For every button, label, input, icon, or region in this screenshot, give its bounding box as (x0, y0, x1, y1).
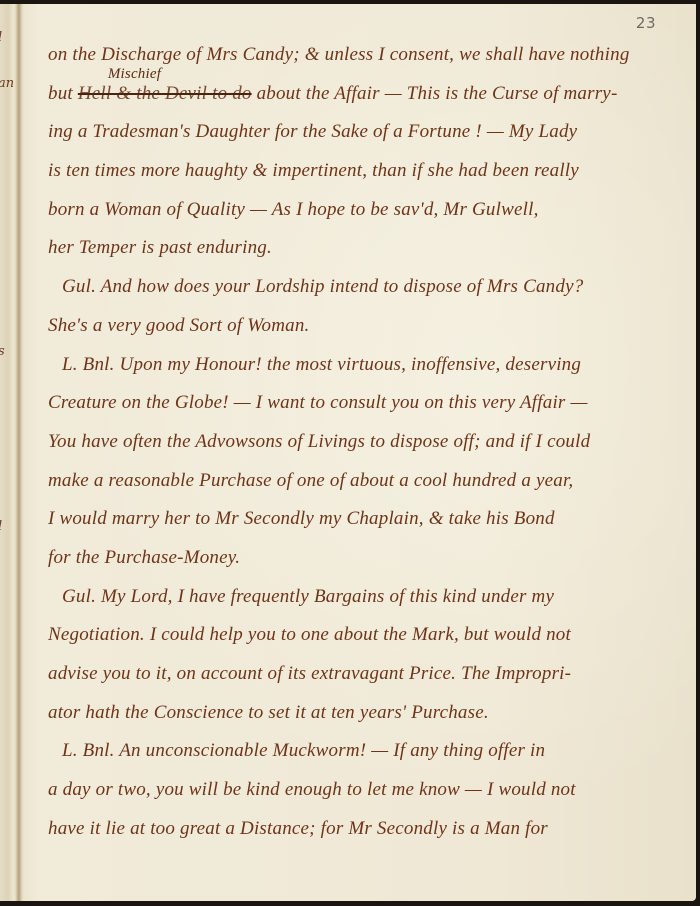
struck-text: Hell & the Devil to do (78, 83, 252, 104)
line-text: Creature on the Globe! — I want to consu… (48, 392, 588, 413)
facing-page-fragment: s (0, 344, 5, 359)
line-text: make a reasonable Purchase of one of abo… (48, 470, 573, 491)
text-line: ator hath the Conscience to set it at te… (48, 694, 688, 733)
manuscript-text: on the Discharge of Mrs Candy; & unless … (48, 36, 688, 848)
line-text: My Lord, I have frequently Bargains of t… (96, 586, 554, 607)
facing-page-fragment: l (0, 30, 2, 45)
speaker-label: L. Bnl. (62, 740, 115, 761)
text-line: Negotiation. I could help you to one abo… (48, 616, 688, 655)
line-text: Negotiation. I could help you to one abo… (48, 624, 571, 645)
line-text: You have often the Advowsons of Livings … (48, 431, 590, 452)
binding-gutter (16, 4, 22, 901)
dialogue-line: L. Bnl. Upon my Honour! the most virtuou… (48, 346, 688, 385)
text-line: her Temper is past enduring. (48, 229, 688, 268)
speaker-label: L. Bnl. (62, 354, 115, 375)
facing-page-fragment: l (0, 519, 2, 534)
manuscript-scan: l an s l 23 on the Discharge of Mrs Cand… (0, 0, 700, 906)
text-line: is ten times more haughty & impertinent,… (48, 152, 688, 191)
text-line: ing a Tradesman's Daughter for the Sake … (48, 113, 688, 152)
speaker-label: Gul. (62, 276, 96, 297)
line-text: ing a Tradesman's Daughter for the Sake … (48, 121, 577, 142)
line-text: An unconscionable Muckworm! — If any thi… (115, 740, 546, 761)
line-text: have it lie at too great a Distance; for… (48, 818, 548, 839)
line-text: on the Discharge of Mrs Candy; & unless … (48, 44, 630, 65)
line-text: but (48, 83, 78, 104)
text-line: I would marry her to Mr Secondly my Chap… (48, 500, 688, 539)
line-text: advise you to it, on account of its extr… (48, 663, 571, 684)
line-text: I would marry her to Mr Secondly my Chap… (48, 508, 555, 529)
line-text: She's a very good Sort of Woman. (48, 315, 310, 336)
line-text: her Temper is past enduring. (48, 237, 272, 258)
line-text: ator hath the Conscience to set it at te… (48, 702, 489, 723)
text-line-with-correction: but MischiefHell & the Devil to do about… (48, 75, 688, 114)
text-line: advise you to it, on account of its extr… (48, 655, 688, 694)
page-number: 23 (636, 14, 656, 32)
correction: MischiefHell & the Devil to do (78, 83, 252, 104)
line-text: Upon my Honour! the most virtuous, inoff… (115, 354, 581, 375)
dialogue-line: Gul. And how does your Lordship intend t… (48, 268, 688, 307)
text-line: have it lie at too great a Distance; for… (48, 810, 688, 849)
manuscript-page: l an s l 23 on the Discharge of Mrs Cand… (0, 4, 696, 901)
text-line: a day or two, you will be kind enough to… (48, 771, 688, 810)
dialogue-line: L. Bnl. An unconscionable Muckworm! — If… (48, 732, 688, 771)
inserted-word: Mischief (108, 67, 161, 82)
text-line: for the Purchase-Money. (48, 539, 688, 578)
text-line: She's a very good Sort of Woman. (48, 307, 688, 346)
line-text: And how does your Lordship intend to dis… (96, 276, 583, 297)
text-line: You have often the Advowsons of Livings … (48, 423, 688, 462)
dialogue-line: Gul. My Lord, I have frequently Bargains… (48, 578, 688, 617)
text-line: make a reasonable Purchase of one of abo… (48, 462, 688, 501)
line-text: for the Purchase-Money. (48, 547, 240, 568)
facing-page-edge: l an s l (0, 4, 14, 901)
speaker-label: Gul. (62, 586, 96, 607)
facing-page-fragment: an (0, 76, 14, 91)
text-line: born a Woman of Quality — As I hope to b… (48, 191, 688, 230)
line-text: is ten times more haughty & impertinent,… (48, 160, 579, 181)
line-text: born a Woman of Quality — As I hope to b… (48, 199, 539, 220)
line-text: about the Affair — This is the Curse of … (252, 83, 618, 104)
text-line: Creature on the Globe! — I want to consu… (48, 384, 688, 423)
line-text: a day or two, you will be kind enough to… (48, 779, 576, 800)
